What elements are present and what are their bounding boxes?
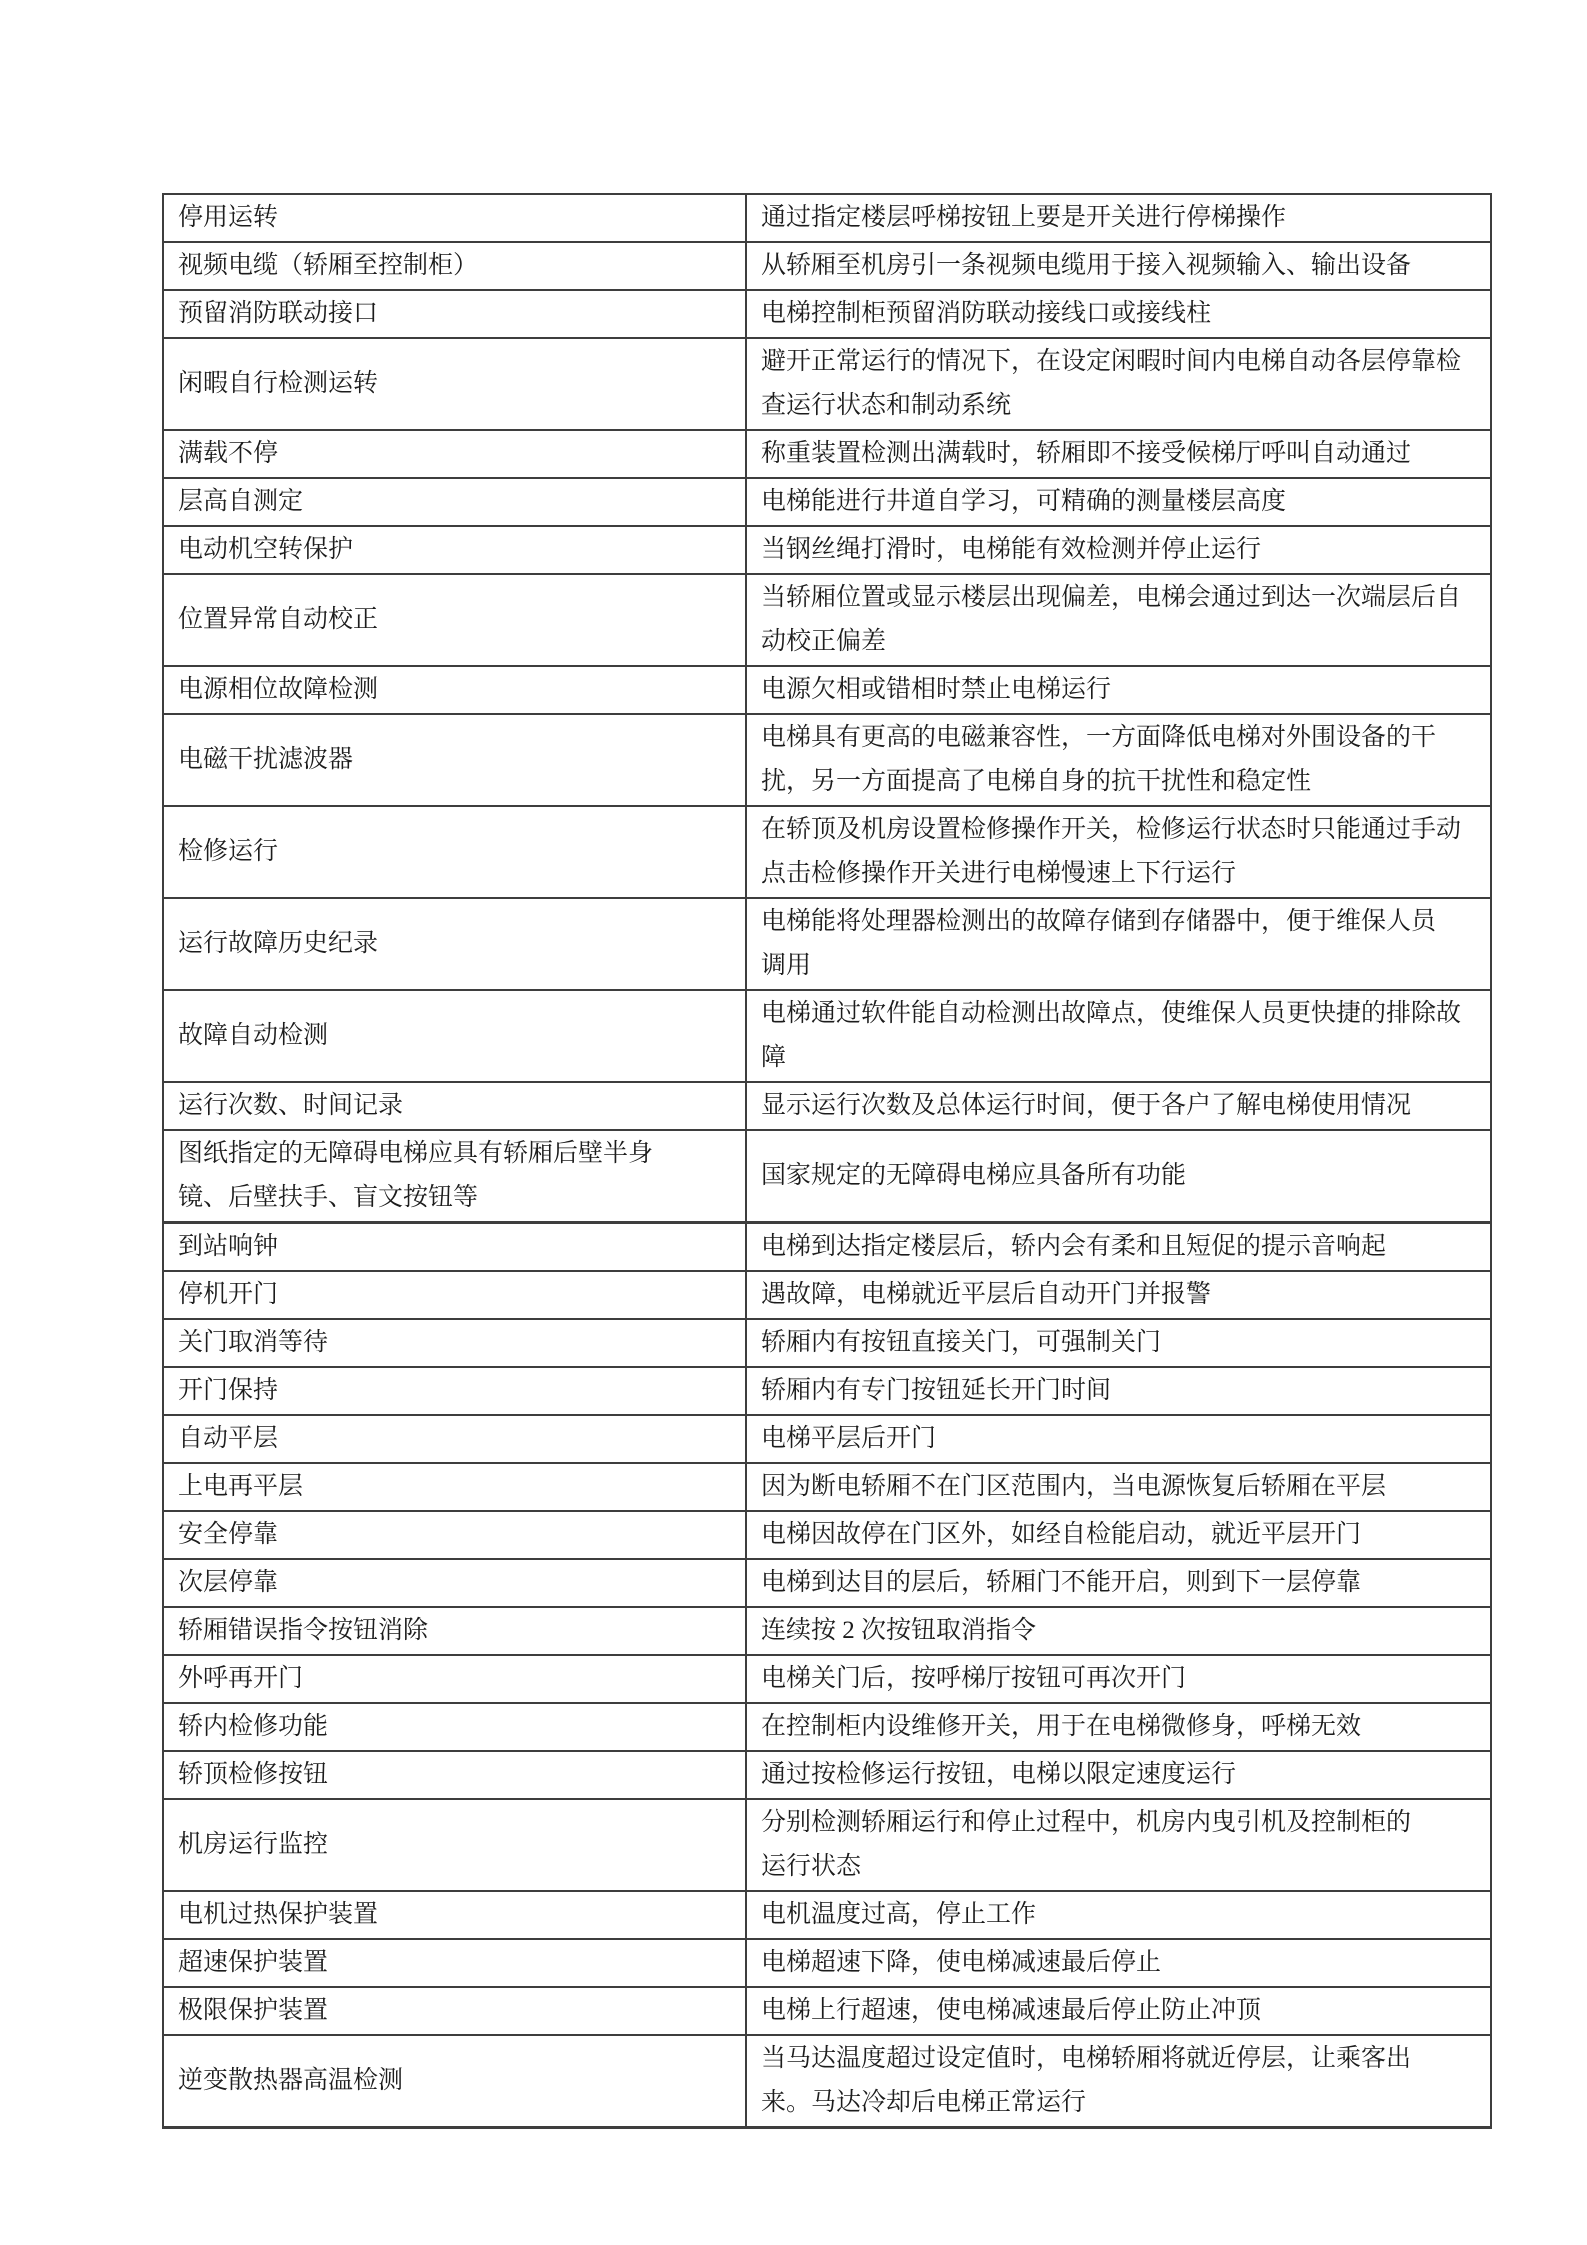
description-cell: 电梯具有更高的电磁兼容性，一方面降低电梯对外围设备的干 扰，另一方面提高了电梯自…: [746, 714, 1491, 806]
table-row: 逆变散热器高温检测当马达温度超过设定值时，电梯轿厢将就近停层，让乘客出 来。马达…: [163, 2035, 1491, 2128]
description-cell: 国家规定的无障碍电梯应具备所有功能: [746, 1130, 1491, 1223]
feature-cell: 关门取消等待: [163, 1319, 746, 1367]
description-cell: 在轿顶及机房设置检修操作开关，检修运行状态时只能通过手动 点击检修操作开关进行电…: [746, 806, 1491, 898]
table-row: 上电再平层因为断电轿厢不在门区范围内，当电源恢复后轿厢在平层: [163, 1463, 1491, 1511]
table-row: 电磁干扰滤波器电梯具有更高的电磁兼容性，一方面降低电梯对外围设备的干 扰，另一方…: [163, 714, 1491, 806]
description-cell: 电梯控制柜预留消防联动接线口或接线柱: [746, 290, 1491, 338]
feature-cell: 开门保持: [163, 1367, 746, 1415]
description-cell: 电梯能进行井道自学习，可精确的测量楼层高度: [746, 478, 1491, 526]
description-cell: 当轿厢位置或显示楼层出现偏差，电梯会通过到达一次端层后自 动校正偏差: [746, 574, 1491, 666]
table-row: 电动机空转保护当钢丝绳打滑时，电梯能有效检测并停止运行: [163, 526, 1491, 574]
table-row: 故障自动检测电梯通过软件能自动检测出故障点，使维保人员更快捷的排除故 障: [163, 990, 1491, 1082]
table-row: 超速保护装置电梯超速下降，使电梯减速最后停止: [163, 1939, 1491, 1987]
feature-cell: 电机过热保护装置: [163, 1891, 746, 1939]
table-row: 到站响钟电梯到达指定楼层后，轿内会有柔和且短促的提示音响起: [163, 1223, 1491, 1272]
description-cell: 电机温度过高，停止工作: [746, 1891, 1491, 1939]
feature-cell: 闲暇自行检测运转: [163, 338, 746, 430]
description-cell: 轿厢内有按钮直接关门，可强制关门: [746, 1319, 1491, 1367]
table-row: 机房运行监控分别检测轿厢运行和停止过程中，机房内曳引机及控制柜的 运行状态: [163, 1799, 1491, 1891]
description-cell: 电梯超速下降，使电梯减速最后停止: [746, 1939, 1491, 1987]
feature-cell: 停机开门: [163, 1271, 746, 1319]
feature-cell: 电动机空转保护: [163, 526, 746, 574]
description-cell: 电梯能将处理器检测出的故障存储到存储器中，便于维保人员 调用: [746, 898, 1491, 990]
feature-cell: 电磁干扰滤波器: [163, 714, 746, 806]
table-row: 位置异常自动校正当轿厢位置或显示楼层出现偏差，电梯会通过到达一次端层后自 动校正…: [163, 574, 1491, 666]
description-cell: 电梯到达目的层后，轿厢门不能开启，则到下一层停靠: [746, 1559, 1491, 1607]
feature-cell: 上电再平层: [163, 1463, 746, 1511]
feature-cell: 极限保护装置: [163, 1987, 746, 2035]
description-cell: 称重装置检测出满载时，轿厢即不接受候梯厅呼叫自动通过: [746, 430, 1491, 478]
feature-cell: 停用运转: [163, 194, 746, 242]
table-row: 次层停靠电梯到达目的层后，轿厢门不能开启，则到下一层停靠: [163, 1559, 1491, 1607]
description-cell: 通过指定楼层呼梯按钮上要是开关进行停梯操作: [746, 194, 1491, 242]
table-row: 视频电缆（轿厢至控制柜）从轿厢至机房引一条视频电缆用于接入视频输入、输出设备: [163, 242, 1491, 290]
table-row: 停机开门遇故障，电梯就近平层后自动开门并报警: [163, 1271, 1491, 1319]
feature-cell: 图纸指定的无障碍电梯应具有轿厢后壁半身 镜、后壁扶手、盲文按钮等: [163, 1130, 746, 1223]
table-row: 极限保护装置电梯上行超速，使电梯减速最后停止防止冲顶: [163, 1987, 1491, 2035]
description-cell: 当钢丝绳打滑时，电梯能有效检测并停止运行: [746, 526, 1491, 574]
feature-cell: 视频电缆（轿厢至控制柜）: [163, 242, 746, 290]
description-cell: 分别检测轿厢运行和停止过程中，机房内曳引机及控制柜的 运行状态: [746, 1799, 1491, 1891]
feature-cell: 到站响钟: [163, 1223, 746, 1272]
description-cell: 显示运行次数及总体运行时间，便于各户了解电梯使用情况: [746, 1082, 1491, 1130]
feature-cell: 运行故障历史纪录: [163, 898, 746, 990]
description-cell: 电梯到达指定楼层后，轿内会有柔和且短促的提示音响起: [746, 1223, 1491, 1272]
description-cell: 连续按 2 次按钮取消指令: [746, 1607, 1491, 1655]
table-row: 停用运转通过指定楼层呼梯按钮上要是开关进行停梯操作: [163, 194, 1491, 242]
feature-cell: 外呼再开门: [163, 1655, 746, 1703]
description-cell: 因为断电轿厢不在门区范围内，当电源恢复后轿厢在平层: [746, 1463, 1491, 1511]
description-cell: 电梯平层后开门: [746, 1415, 1491, 1463]
table-row: 层高自测定电梯能进行井道自学习，可精确的测量楼层高度: [163, 478, 1491, 526]
description-cell: 从轿厢至机房引一条视频电缆用于接入视频输入、输出设备: [746, 242, 1491, 290]
table-row: 满载不停称重装置检测出满载时，轿厢即不接受候梯厅呼叫自动通过: [163, 430, 1491, 478]
description-cell: 电梯上行超速，使电梯减速最后停止防止冲顶: [746, 1987, 1491, 2035]
table-row: 运行故障历史纪录电梯能将处理器检测出的故障存储到存储器中，便于维保人员 调用: [163, 898, 1491, 990]
table-row: 关门取消等待轿厢内有按钮直接关门，可强制关门: [163, 1319, 1491, 1367]
feature-cell: 轿顶检修按钮: [163, 1751, 746, 1799]
feature-cell: 电源相位故障检测: [163, 666, 746, 714]
table-row: 运行次数、时间记录显示运行次数及总体运行时间，便于各户了解电梯使用情况: [163, 1082, 1491, 1130]
feature-cell: 运行次数、时间记录: [163, 1082, 746, 1130]
description-cell: 在控制柜内设维修开关，用于在电梯微修身，呼梯无效: [746, 1703, 1491, 1751]
feature-cell: 逆变散热器高温检测: [163, 2035, 746, 2128]
table-row: 外呼再开门电梯关门后，按呼梯厅按钮可再次开门: [163, 1655, 1491, 1703]
description-cell: 轿厢内有专门按钮延长开门时间: [746, 1367, 1491, 1415]
table-row: 闲暇自行检测运转避开正常运行的情况下，在设定闲暇时间内电梯自动各层停靠检 查运行…: [163, 338, 1491, 430]
description-cell: 电梯因故停在门区外，如经自检能启动，就近平层开门: [746, 1511, 1491, 1559]
table-row: 电源相位故障检测电源欠相或错相时禁止电梯运行: [163, 666, 1491, 714]
table-row: 轿厢错误指令按钮消除连续按 2 次按钮取消指令: [163, 1607, 1491, 1655]
table-row: 轿内检修功能在控制柜内设维修开关，用于在电梯微修身，呼梯无效: [163, 1703, 1491, 1751]
table-row: 图纸指定的无障碍电梯应具有轿厢后壁半身 镜、后壁扶手、盲文按钮等国家规定的无障碍…: [163, 1130, 1491, 1223]
table-body: 停用运转通过指定楼层呼梯按钮上要是开关进行停梯操作视频电缆（轿厢至控制柜）从轿厢…: [163, 194, 1491, 2128]
description-cell: 当马达温度超过设定值时，电梯轿厢将就近停层，让乘客出 来。马达冷却后电梯正常运行: [746, 2035, 1491, 2128]
description-cell: 遇故障，电梯就近平层后自动开门并报警: [746, 1271, 1491, 1319]
feature-cell: 超速保护装置: [163, 1939, 746, 1987]
feature-cell: 故障自动检测: [163, 990, 746, 1082]
table-row: 安全停靠电梯因故停在门区外，如经自检能启动，就近平层开门: [163, 1511, 1491, 1559]
description-cell: 避开正常运行的情况下，在设定闲暇时间内电梯自动各层停靠检 查运行状态和制动系统: [746, 338, 1491, 430]
table-row: 开门保持轿厢内有专门按钮延长开门时间: [163, 1367, 1491, 1415]
feature-cell: 预留消防联动接口: [163, 290, 746, 338]
table-row: 自动平层电梯平层后开门: [163, 1415, 1491, 1463]
feature-cell: 自动平层: [163, 1415, 746, 1463]
feature-cell: 轿厢错误指令按钮消除: [163, 1607, 746, 1655]
feature-cell: 轿内检修功能: [163, 1703, 746, 1751]
description-cell: 电源欠相或错相时禁止电梯运行: [746, 666, 1491, 714]
feature-cell: 机房运行监控: [163, 1799, 746, 1891]
document-page: 停用运转通过指定楼层呼梯按钮上要是开关进行停梯操作视频电缆（轿厢至控制柜）从轿厢…: [0, 0, 1587, 2245]
description-cell: 通过按检修运行按钮，电梯以限定速度运行: [746, 1751, 1491, 1799]
table-row: 电机过热保护装置电机温度过高，停止工作: [163, 1891, 1491, 1939]
elevator-feature-table: 停用运转通过指定楼层呼梯按钮上要是开关进行停梯操作视频电缆（轿厢至控制柜）从轿厢…: [162, 193, 1492, 2129]
feature-cell: 安全停靠: [163, 1511, 746, 1559]
feature-cell: 满载不停: [163, 430, 746, 478]
description-cell: 电梯通过软件能自动检测出故障点，使维保人员更快捷的排除故 障: [746, 990, 1491, 1082]
description-cell: 电梯关门后，按呼梯厅按钮可再次开门: [746, 1655, 1491, 1703]
feature-cell: 层高自测定: [163, 478, 746, 526]
feature-cell: 位置异常自动校正: [163, 574, 746, 666]
table-row: 检修运行在轿顶及机房设置检修操作开关，检修运行状态时只能通过手动 点击检修操作开…: [163, 806, 1491, 898]
table-row: 预留消防联动接口电梯控制柜预留消防联动接线口或接线柱: [163, 290, 1491, 338]
feature-cell: 次层停靠: [163, 1559, 746, 1607]
feature-cell: 检修运行: [163, 806, 746, 898]
table-row: 轿顶检修按钮通过按检修运行按钮，电梯以限定速度运行: [163, 1751, 1491, 1799]
